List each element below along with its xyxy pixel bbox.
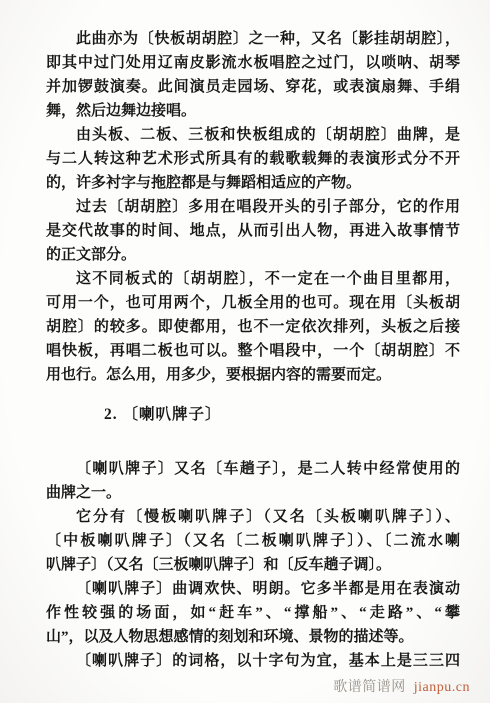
paragraph: 〔喇叭牌子〕又名〔车趟子〕，是二人转中经常使用的曲牌之一。 [46,457,460,505]
text-line: 这不同板式的〔胡胡腔〕，不一定在一个曲目里都用， [46,267,460,291]
text-line: 胡腔〕的较多。即使都用，也不一定依次排列，头板之后接 [46,315,460,339]
text-line: 〔喇叭牌子〕曲调欢快、明朗。它多半都是用在表演动 [46,577,460,601]
text-line: 用也行。怎么用，用多少，要根据内容的需要而定。 [46,363,460,387]
paragraph: 〔喇叭牌子〕曲调欢快、明朗。它多半都是用在表演动作性较强的场面，如“赶车”、“撑… [46,577,460,649]
section-heading: 2. 〔喇叭牌子〕 [46,403,460,427]
scanned-book-page: 此曲亦为〔快板胡胡腔〕之一种，又名〔影挂胡胡腔〕，即其中过门处用辽南皮影流水板唱… [0,0,490,703]
text-line: 山”，以及人物思想感情的刻划和环境、景物的描述等。 [46,625,460,649]
text-line: 〔喇叭牌子〕的词格，以十字句为宜，基本上是三三四 [46,649,460,673]
paragraph: 〔喇叭牌子〕的词格，以十字句为宜，基本上是三三四 [46,649,460,673]
paragraph: 这不同板式的〔胡胡腔〕，不一定在一个曲目里都用，可用一个，也可用两个，几板全用的… [46,267,460,387]
text-line: 并加锣鼓演奏。此间演员走园场、穿花，或表演扇舞、手绢 [46,75,460,99]
paragraph: 此曲亦为〔快板胡胡腔〕之一种，又名〔影挂胡胡腔〕，即其中过门处用辽南皮影流水板唱… [46,27,460,123]
text-line: 的正文部分。 [46,243,460,267]
paragraph: 过去〔胡胡腔〕多用在唱段开头的引子部分，它的作用是交代故事的时间、地点，从而引出… [46,195,460,267]
text-line: 舞，然后边舞边接唱。 [46,99,460,123]
text-line: 可用一个，也可用两个，几板全用的也可。现在用〔头板胡 [46,291,460,315]
paragraph: 它分有〔慢板喇叭牌子〕（又名〔头板喇叭牌子〕）、〔中板喇叭牌子〕（又名〔二板喇叭… [46,505,460,577]
text-line: 〔中板喇叭牌子〕（又名〔二板喇叭牌子〕）、〔二流水喇 [46,529,460,553]
watermark-site-name: 歌谱简谱网 [333,680,406,695]
text-line: 过去〔胡胡腔〕多用在唱段开头的引子部分，它的作用 [46,195,460,219]
text-line: 曲牌之一。 [46,481,460,505]
text-line: 它分有〔慢板喇叭牌子〕（又名〔头板喇叭牌子〕）、 [46,505,460,529]
text-line: 是交代故事的时间、地点，从而引出人物，再进入故事情节 [46,219,460,243]
text-line: 与二人转这种艺术形式所具有的载歌载舞的表演形式分不开 [46,147,460,171]
paragraph: 由头板、二板、三板和快板组成的〔胡胡腔〕曲牌，是与二人转这种艺术形式所具有的载歌… [46,123,460,195]
text-line: 唱快板，再唱二板也可以。整个唱段中，一个〔胡胡腔〕不 [46,339,460,363]
text-line: 作性较强的场面，如“赶车”、“撑船”、“走路”、“攀 [46,601,460,625]
watermark: 歌谱简谱网 jianpu.cn [333,680,470,696]
text-line: 此曲亦为〔快板胡胡腔〕之一种，又名〔影挂胡胡腔〕， [46,27,460,51]
watermark-site-url: jianpu.cn [414,680,470,695]
text-line: 〔喇叭牌子〕又名〔车趟子〕，是二人转中经常使用的 [46,457,460,481]
text-line: 由头板、二板、三板和快板组成的〔胡胡腔〕曲牌，是 [46,123,460,147]
text-line: 的，许多衬字与拖腔都是与舞蹈相适应的产物。 [46,171,460,195]
text-line: 即其中过门处用辽南皮影流水板唱腔之过门，以唢呐、胡琴 [46,51,460,75]
text-line: 叭牌子〕（又名〔三板喇叭牌子〕和〔反车趟子调〕。 [46,553,460,577]
document-body: 此曲亦为〔快板胡胡腔〕之一种，又名〔影挂胡胡腔〕，即其中过门处用辽南皮影流水板唱… [46,27,460,673]
